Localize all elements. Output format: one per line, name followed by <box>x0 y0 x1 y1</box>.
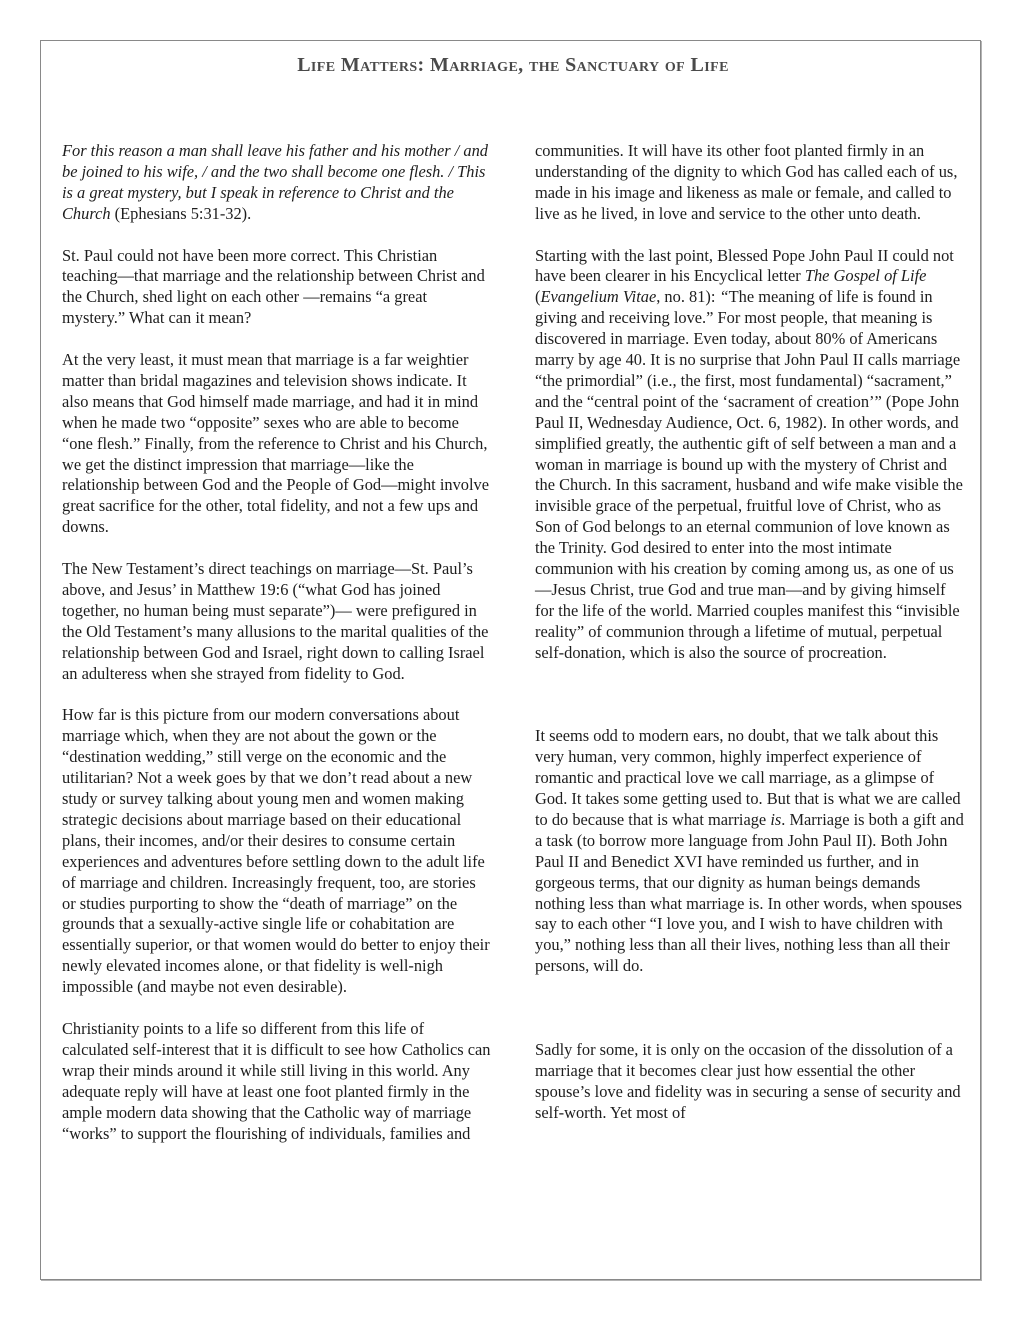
paragraph: How far is this picture from our modern … <box>62 705 491 998</box>
left-column: For this reason a man shall leave his fa… <box>62 141 491 1144</box>
text-run: How far is this picture from our modern … <box>62 705 490 996</box>
text-run: The meaning of life is found in giving a… <box>535 287 963 661</box>
text-run: The New Testament’s direct teachings on … <box>62 559 488 683</box>
right-column: communities. It will have its other foot… <box>535 141 964 1144</box>
paragraph: The New Testament’s direct teachings on … <box>62 559 491 684</box>
text-run: Evangelium Vitae <box>540 287 656 306</box>
text-run: At the very least, it must mean that mar… <box>62 350 489 536</box>
text-run: Sadly for some, it is only on the occasi… <box>535 1040 961 1122</box>
paragraph: At the very least, it must mean that mar… <box>62 350 491 538</box>
text-run: , no. 81): <box>656 287 719 306</box>
text-run: communities. It will have its other foot… <box>535 141 957 223</box>
document-page: Life Matters: Marriage, the Sanctuary of… <box>40 40 981 1280</box>
text-run: The Gospel of Life <box>805 266 927 285</box>
text-run: is <box>770 810 781 829</box>
paragraph: For this reason a man shall leave his fa… <box>62 141 491 225</box>
paragraph: Starting with the last point, Blessed Po… <box>535 246 964 664</box>
text-run: (Ephesians 5:31-32). <box>111 204 252 223</box>
document-title: Life Matters: Marriage, the Sanctuary of… <box>62 53 964 77</box>
text-run: “ <box>720 287 729 306</box>
text-columns: For this reason a man shall leave his fa… <box>62 141 964 1144</box>
text-run: Christianity points to a life so differe… <box>62 1019 490 1143</box>
text-run: St. Paul could not have been more correc… <box>62 246 485 328</box>
paragraph: Sadly for some, it is only on the occasi… <box>535 1040 964 1124</box>
paragraph: communities. It will have its other foot… <box>535 141 964 225</box>
paragraph: St. Paul could not have been more correc… <box>62 246 491 330</box>
text-run: . Marriage is both a gift and a task (to… <box>535 810 964 975</box>
paragraph: It seems odd to modern ears, no doubt, t… <box>535 726 964 977</box>
paragraph: Christianity points to a life so differe… <box>62 1019 491 1144</box>
